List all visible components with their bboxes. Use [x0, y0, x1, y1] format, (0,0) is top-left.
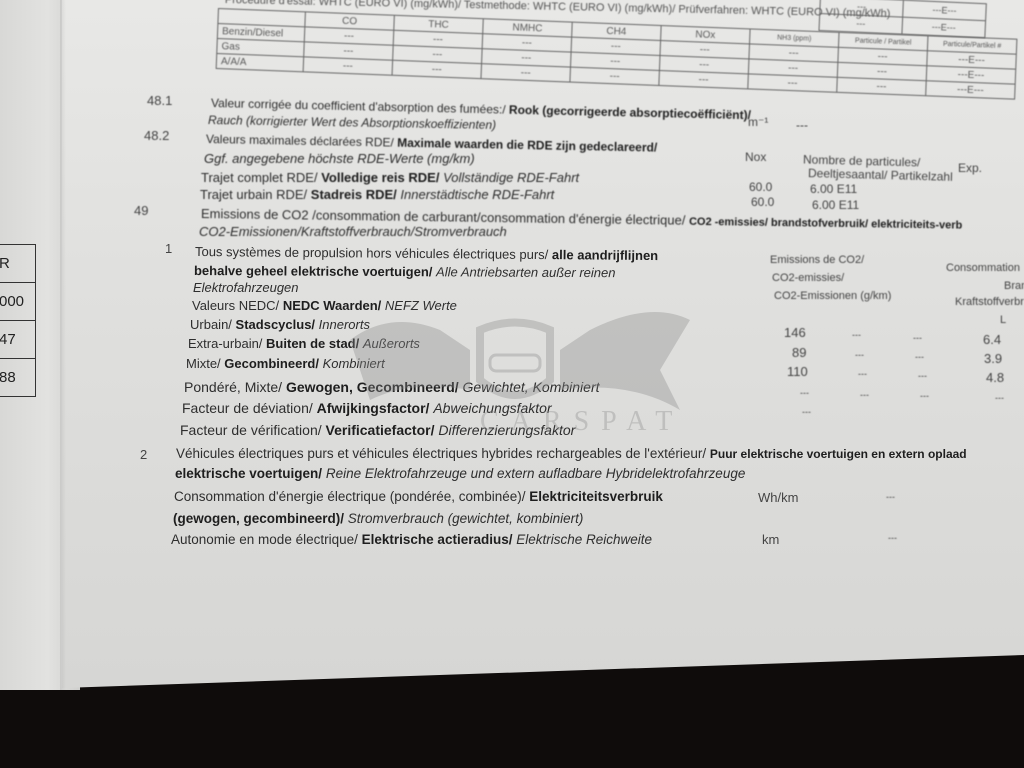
electric-consumption-line-2: (gewogen, gecombineerd)/ Stromverbrauch …: [173, 511, 583, 526]
c3-pondere: ---: [920, 391, 929, 401]
section-49-line-2: CO2-Emissionen/Kraftstoffverbrauch/Strom…: [199, 224, 507, 239]
consumption-value: ---: [886, 492, 895, 502]
sub1-line-3: Elektrofahrzeugen: [193, 280, 299, 295]
consumption-unit: Wh/km: [758, 490, 798, 505]
col-co2-header: CO2-emissies/: [772, 272, 844, 284]
nox-value: 60.0: [749, 180, 772, 194]
text-fr: Consommation d'énergie électrique (pondé…: [174, 489, 526, 504]
table-cell: ---: [392, 60, 482, 78]
rde-row-urban: Trajet urbain RDE/ Stadreis RDE/ Innerst…: [200, 187, 554, 202]
col-cons-header: Kraftstoffverbr: [955, 296, 1024, 308]
range-unit: km: [762, 532, 779, 547]
range-value: ---: [888, 533, 897, 543]
section-number: 48.2: [144, 128, 169, 143]
co2-mixte: 110: [787, 364, 808, 379]
col-nox: Nox: [745, 150, 766, 164]
c2-extra-urbain: ---: [855, 350, 864, 360]
rde-row-complete: Trajet complet RDE/ Volledige reis RDE/ …: [201, 170, 579, 185]
text-de: Rauch (korrigierter Wert des Absorptions…: [208, 113, 496, 132]
unit-label: m⁻¹: [748, 115, 768, 129]
text-nl: Elektrische actieradius/: [362, 532, 513, 547]
svg-text:CARSPAT: CARSPAT: [480, 406, 684, 437]
text-fr: Trajet urbain RDE/: [200, 187, 307, 202]
particles-value: 6.00 E11: [812, 198, 859, 212]
c3-extra-urbain: ---: [915, 352, 924, 362]
text-de: Alle Antriebsarten außer reinen: [436, 264, 616, 280]
col-co2-header: CO2-Emissionen (g/km): [774, 290, 891, 302]
c2-mixte: ---: [858, 369, 867, 379]
text-nl: CO2 -emissies/ brandstofverbruik/ elektr…: [689, 216, 962, 232]
text-de: Elektrische Reichweite: [516, 532, 652, 547]
text-nl: (gewogen, gecombineerd)/: [173, 511, 344, 526]
c2-urbain: ---: [852, 330, 861, 340]
sub2-line-2: elektrische voertuigen/ Reine Elektrofah…: [175, 466, 745, 481]
c2-pondere: ---: [860, 390, 869, 400]
table-cell: ---E---: [926, 81, 1016, 99]
text-fr: Facteur de vérification/: [180, 422, 322, 438]
electric-range-line: Autonomie en mode électrique/ Elektrisch…: [171, 532, 652, 547]
subsection-number: 2: [140, 447, 147, 462]
text-de: CO2-Emissionen/Kraftstoffverbrauch/Strom…: [199, 224, 507, 239]
text-fr: Facteur de déviation/: [182, 400, 313, 416]
text-fr: Trajet complet RDE/: [201, 170, 318, 185]
cons-urbain: 6.4: [983, 332, 1001, 347]
table-cell: ---: [303, 57, 393, 75]
text-nl: Stadreis RDE/: [311, 187, 397, 202]
text-fr: Urbain/: [190, 317, 232, 332]
text-de: Innerstädtische RDE-Fahrt: [400, 187, 554, 202]
text-nl: behalve geheel elektrische voertuigen/: [194, 263, 433, 279]
co2-urbain: 146: [784, 325, 806, 340]
text-de: Elektrofahrzeugen: [193, 280, 299, 295]
c3-urbain: ---: [913, 333, 922, 343]
sub1-line-2: behalve geheel elektrische voertuigen/ A…: [194, 263, 616, 280]
table-cell: ---: [837, 77, 927, 95]
text-nl: elektrische voertuigen/: [175, 466, 322, 481]
text-fr: Valeurs maximales déclarées RDE/: [206, 132, 394, 150]
table-cell: ---: [819, 14, 903, 35]
text-de: Vollständige RDE-Fahrt: [443, 170, 579, 185]
text-fr: Autonomie en mode électrique/: [171, 532, 358, 547]
text-nl: Gecombineerd/: [224, 356, 319, 371]
text-de: Reine Elektrofahrzeuge und extern auflad…: [326, 466, 746, 481]
text-fr: Pondéré, Mixte/: [184, 379, 282, 395]
c3-mixte: ---: [918, 371, 927, 381]
section-number: 49: [134, 203, 148, 218]
text-nl: Rook (gecorrigeerde absorptiecoëfficiënt…: [509, 103, 751, 122]
subsection-number: 1: [165, 241, 172, 256]
section-48-1-line-2: Rauch (korrigierter Wert des Absorptions…: [208, 113, 496, 132]
table-cell: ---E---: [902, 17, 986, 38]
table-cell: ---: [659, 70, 749, 88]
co2-deviation: ---: [802, 407, 811, 417]
bat-shield-car-icon: CARSPAT: [330, 300, 710, 450]
electric-consumption-line-1: Consommation d'énergie électrique (pondé…: [174, 489, 663, 504]
text-nl: alle aandrijflijnen: [552, 247, 658, 263]
particles-value: 6.00 E11: [810, 182, 857, 196]
nox-value: 60.0: [751, 195, 774, 209]
table-cell: ---: [570, 67, 660, 85]
section-number: 48.1: [147, 93, 172, 108]
cons-mixte: 4.8: [986, 370, 1004, 385]
text-fr: Tous systèmes de propulsion hors véhicul…: [195, 244, 548, 262]
text-nl: Puur elektrische voertuigen en extern op…: [710, 447, 967, 461]
text-de: Ggf. angegebene höchste RDE-Werte (mg/km…: [204, 151, 475, 166]
row-label: A/A/A: [216, 53, 304, 71]
text-nl: Elektriciteitsverbruik: [529, 489, 663, 504]
cons-pondere: ---: [995, 393, 1004, 403]
co2-extra-urbain: 89: [792, 345, 806, 360]
text-de: Stromverbrauch (gewichtet, kombiniert): [348, 511, 584, 526]
col-cons-unit: L: [1000, 314, 1006, 326]
col-cons-header: Consommation: [946, 262, 1020, 274]
value: ---: [796, 118, 808, 132]
document-content: Procédure d'essai: WHTC (EURO VI) (mg/kW…: [0, 0, 1024, 690]
table-cell: ---: [748, 74, 838, 92]
text-fr: Mixte/: [186, 356, 221, 371]
sub1-line-1: Tous systèmes de propulsion hors véhicul…: [195, 244, 658, 263]
text-fr: Valeurs NEDC/: [192, 298, 279, 313]
co2-pondere: ---: [800, 388, 809, 398]
watermark-logo: CARSPAT: [330, 300, 710, 450]
cons-extra-urbain: 3.9: [984, 351, 1002, 366]
col-co2-header: Emissions de CO2/: [770, 254, 864, 266]
text-fr: Extra-urbain/: [188, 336, 262, 351]
text-nl: Stadscyclus/: [236, 317, 316, 332]
text-nl: Volledige reis RDE/: [321, 170, 439, 185]
section-48-2-line-2: Ggf. angegebene höchste RDE-Werte (mg/km…: [204, 151, 475, 166]
table-cell: ---: [481, 64, 571, 82]
col-cons-header: Bran: [1004, 280, 1024, 292]
col-exp: Exp.: [958, 161, 982, 175]
